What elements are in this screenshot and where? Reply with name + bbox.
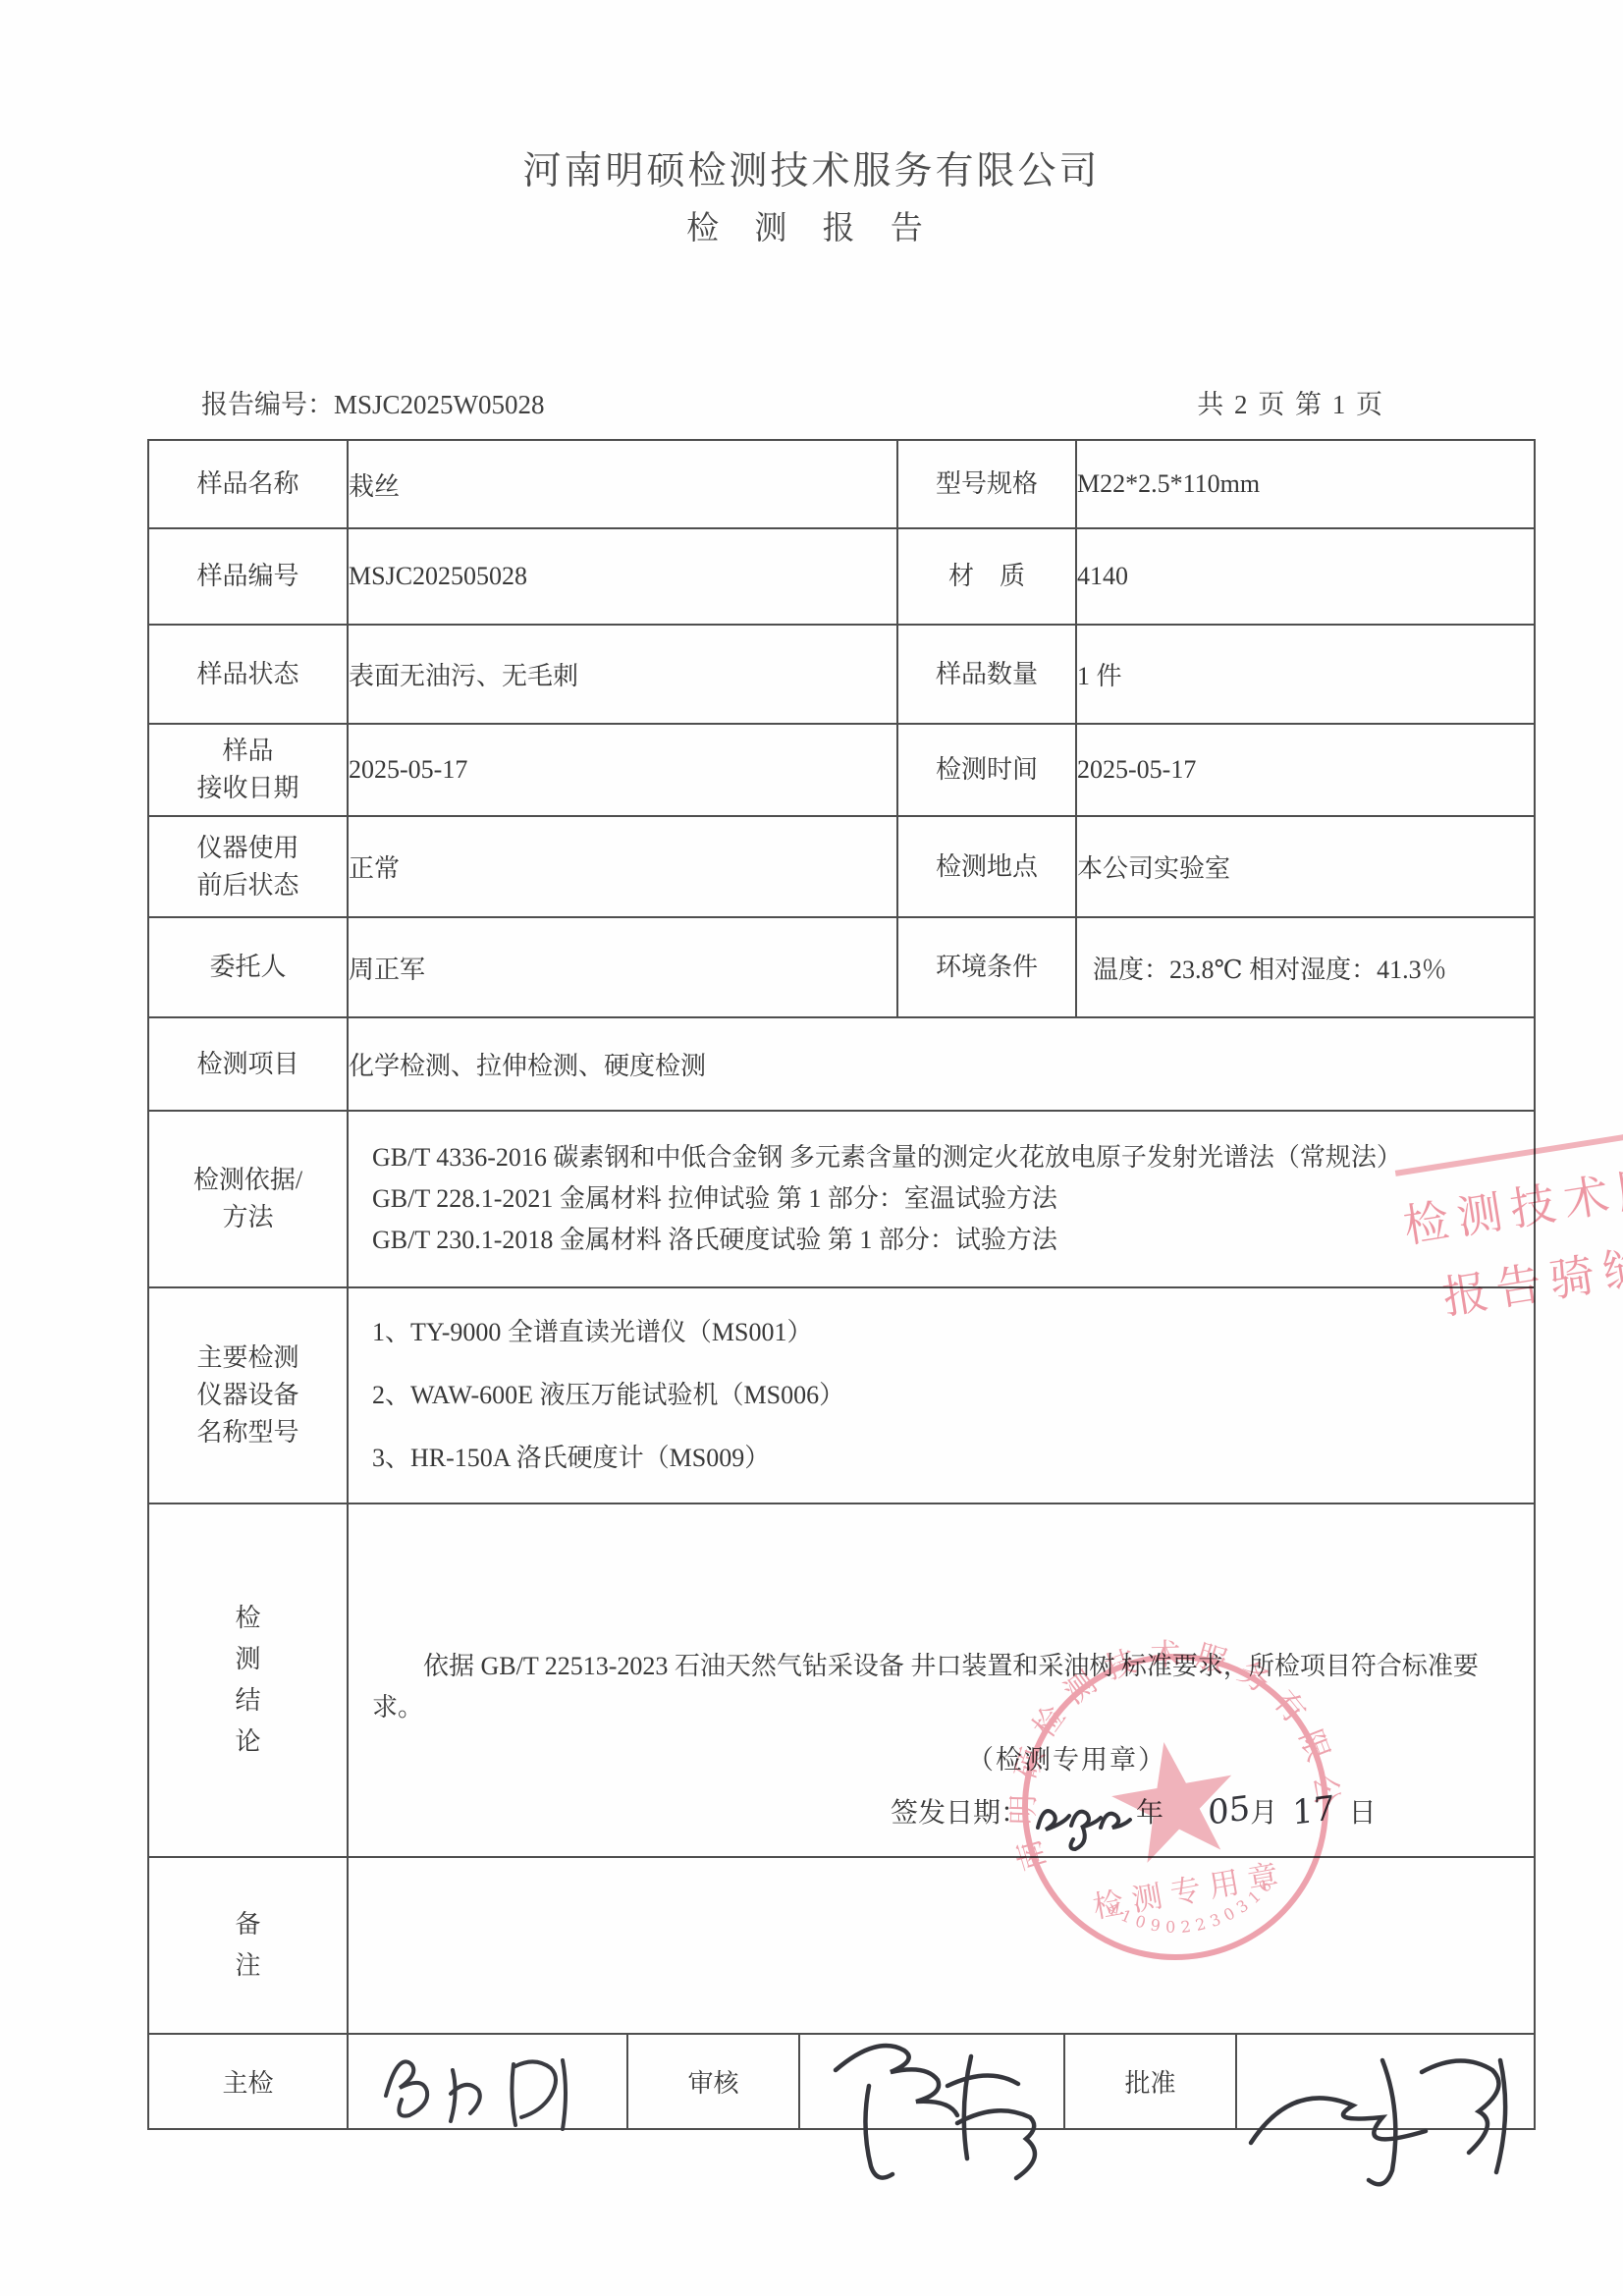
table-row: 委托人 周正军 环境条件 温度：23.8℃ 相对湿度：41.3％ xyxy=(148,917,1535,1017)
model-spec-label: 型号规格 xyxy=(897,440,1076,528)
table-row: 备 注 xyxy=(148,1857,1535,2034)
basis-label: 检测依据/ 方法 xyxy=(148,1111,348,1287)
table-row: 主检 审核 xyxy=(148,2034,1535,2129)
receive-date-label: 样品 接收日期 xyxy=(148,724,348,816)
receive-date-label-line2: 接收日期 xyxy=(149,770,347,807)
equipment-value: 1、TY-9000 全谱直读光谱仪（MS001） 2、WAW-600E 液压万能… xyxy=(348,1287,1535,1503)
report-number: 报告编号：MSJC2025W05028 xyxy=(201,383,545,421)
month-char: 月 xyxy=(1250,1798,1277,1829)
handwritten-month: 05 xyxy=(1208,1788,1251,1832)
remarks-value xyxy=(348,1857,1535,2034)
test-time-value: 2025-05-17 xyxy=(1076,724,1535,816)
report-number-value: MSJC2025W05028 xyxy=(334,390,545,419)
equipment-label-line1: 主要检测 xyxy=(149,1339,347,1377)
sample-no-value: MSJC202505028 xyxy=(348,528,897,625)
equipment-label-line2: 仪器设备 xyxy=(149,1377,347,1414)
sample-qty-label: 样品数量 xyxy=(897,625,1076,724)
page-title: 检 测 报 告 xyxy=(0,202,1623,248)
company-name: 河南明硕检测技术服务有限公司 xyxy=(0,140,1623,195)
handwritten-day: 17 xyxy=(1292,1788,1335,1832)
table-row: 样品 接收日期 2025-05-17 检测时间 2025-05-17 xyxy=(148,724,1535,816)
test-place-value: 本公司实验室 xyxy=(1076,816,1535,917)
equipment-label: 主要检测 仪器设备 名称型号 xyxy=(148,1287,348,1503)
instrument-state-label: 仪器使用 前后状态 xyxy=(148,816,348,917)
table-row: 样品状态 表面无油污、无毛刺 样品数量 1 件 xyxy=(148,625,1535,724)
conclusion-label-char: 结 xyxy=(149,1680,347,1722)
day-char: 日 xyxy=(1349,1798,1377,1829)
basis-line: GB/T 4336-2016 碳素钢和中低合金钢 多元素含量的测定火花放电原子发… xyxy=(372,1137,1514,1178)
table-row: 检测项目 化学检测、拉伸检测、硬度检测 xyxy=(148,1017,1535,1111)
chief-inspector-label: 主检 xyxy=(149,2035,349,2128)
conclusion-cell: 依据 GB/T 22513-2023 石油天然气钻采设备 井口装置和采油树 标准… xyxy=(348,1503,1535,1857)
handwritten-year-scrawl xyxy=(1032,1794,1134,1851)
environment-label: 环境条件 xyxy=(897,917,1076,1017)
test-items-value: 化学检测、拉伸检测、硬度检测 xyxy=(348,1017,1535,1111)
basis-label-line2: 方法 xyxy=(149,1199,347,1236)
issue-date-line: 签发日期：年 05月 17日 xyxy=(891,1791,1377,1837)
test-place-label: 检测地点 xyxy=(897,816,1076,917)
sample-no-label: 样品编号 xyxy=(148,528,348,625)
material-value: 4140 xyxy=(1076,528,1535,625)
pagination: 共 2 页 第 1 页 xyxy=(1197,383,1384,421)
table-row: 样品名称 栽丝 型号规格 M22*2.5*110mm xyxy=(148,440,1535,528)
report-page: 河南明硕检测技术服务有限公司 检 测 报 告 报告编号：MSJC2025W050… xyxy=(0,0,1623,2296)
instrument-state-label-line1: 仪器使用 xyxy=(149,830,347,867)
conclusion-label-char: 检 xyxy=(149,1598,347,1639)
sample-state-value: 表面无油污、无毛刺 xyxy=(348,625,897,724)
table-row: 主要检测 仪器设备 名称型号 1、TY-9000 全谱直读光谱仪（MS001） … xyxy=(148,1287,1535,1503)
sample-state-label: 样品状态 xyxy=(148,625,348,724)
client-value: 周正军 xyxy=(348,917,897,1017)
model-spec-value: M22*2.5*110mm xyxy=(1076,440,1535,528)
remarks-label-char: 注 xyxy=(149,1945,347,1987)
approver-label: 批准 xyxy=(1065,2035,1237,2128)
sample-name-value: 栽丝 xyxy=(348,440,897,528)
sample-qty-value: 1 件 xyxy=(1076,625,1535,724)
material-label: 材 质 xyxy=(897,528,1076,625)
environment-value: 温度：23.8℃ 相对湿度：41.3％ xyxy=(1076,917,1535,1017)
conclusion-text: 依据 GB/T 22513-2023 石油天然气钻采设备 井口装置和采油树 标准… xyxy=(372,1646,1512,1728)
year-char: 年 xyxy=(1136,1798,1163,1829)
issue-date-label: 签发日期： xyxy=(891,1798,1028,1829)
table-row: 检测依据/ 方法 GB/T 4336-2016 碳素钢和中低合金钢 多元素含量的… xyxy=(148,1111,1535,1287)
table-row: 仪器使用 前后状态 正常 检测地点 本公司实验室 xyxy=(148,816,1535,917)
basis-label-line1: 检测依据/ xyxy=(149,1162,347,1199)
receive-date-value: 2025-05-17 xyxy=(348,724,897,816)
basis-value: GB/T 4336-2016 碳素钢和中低合金钢 多元素含量的测定火花放电原子发… xyxy=(348,1111,1535,1287)
receive-date-label-line1: 样品 xyxy=(149,733,347,770)
report-form-table: 样品名称 栽丝 型号规格 M22*2.5*110mm 样品编号 MSJC2025… xyxy=(147,439,1536,2130)
basis-line: GB/T 230.1-2018 金属材料 洛氏硬度试验 第 1 部分：试验方法 xyxy=(372,1220,1514,1261)
sample-name-label: 样品名称 xyxy=(148,440,348,528)
test-time-label: 检测时间 xyxy=(897,724,1076,816)
client-label: 委托人 xyxy=(148,917,348,1017)
reviewer-signature xyxy=(800,2035,1065,2128)
conclusion-label: 检 测 结 论 xyxy=(148,1503,348,1857)
instrument-state-label-line2: 前后状态 xyxy=(149,867,347,904)
equipment-line: 1、TY-9000 全谱直读光谱仪（MS001） xyxy=(372,1301,1514,1364)
signature-row: 主检 审核 xyxy=(148,2034,1535,2129)
conclusion-label-char: 测 xyxy=(149,1639,347,1680)
approver-signature xyxy=(1237,2035,1534,2128)
table-row: 样品编号 MSJC202505028 材 质 4140 xyxy=(148,528,1535,625)
equipment-label-line3: 名称型号 xyxy=(149,1414,347,1451)
table-row: 检 测 结 论 依据 GB/T 22513-2023 石油天然气钻采设备 井口装… xyxy=(148,1503,1535,1857)
seal-note: （检测专用章） xyxy=(967,1738,1166,1777)
conclusion-label-char: 论 xyxy=(149,1722,347,1763)
equipment-line: 3、HR-150A 洛氏硬度计（MS009） xyxy=(372,1427,1514,1490)
report-number-label: 报告编号： xyxy=(201,390,334,419)
instrument-state-value: 正常 xyxy=(348,816,897,917)
equipment-line: 2、WAW-600E 液压万能试验机（MS006） xyxy=(372,1364,1514,1427)
test-items-label: 检测项目 xyxy=(148,1017,348,1111)
basis-line: GB/T 228.1-2021 金属材料 拉伸试验 第 1 部分：室温试验方法 xyxy=(372,1178,1514,1220)
remarks-label-char: 备 xyxy=(149,1904,347,1945)
chief-inspector-signature xyxy=(349,2035,628,2128)
remarks-label: 备 注 xyxy=(148,1857,348,2034)
reviewer-label: 审核 xyxy=(628,2035,800,2128)
